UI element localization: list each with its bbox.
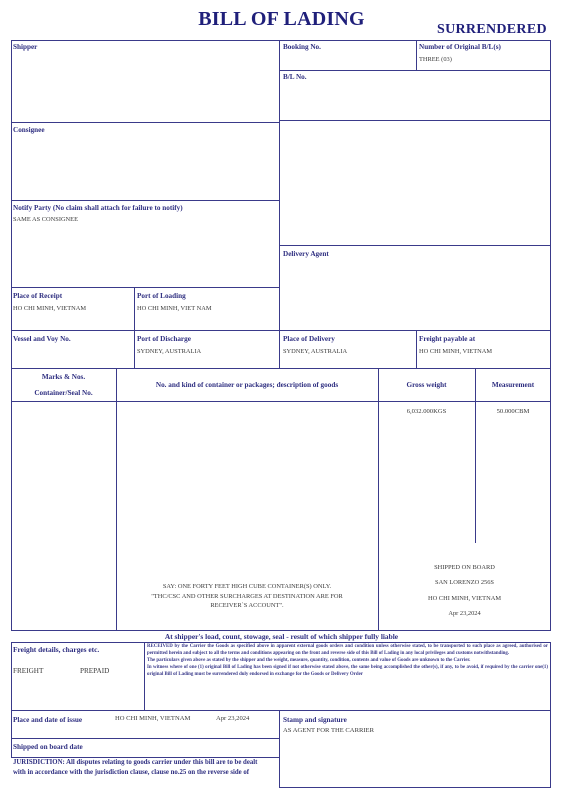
notify-party-value[interactable]: SAME AS CONSIGNEE [13,216,78,223]
measurement-header: Measurement [475,381,551,389]
on-board-line: SAN LORENZO 256S [378,575,551,590]
freight-term-left: FREIGHT [13,667,43,675]
vessel-voy-label: Vessel and Voy No. [13,335,71,343]
original-bl-count-value[interactable]: THREE (03) [419,56,452,63]
goods-description[interactable]: SAY: ONE FORTY FEET HIGH CUBE CONTAINER(… [116,582,378,611]
shipped-on-board-notation: SHIPPED ON BOARD SAN LORENZO 256S HO CHI… [378,560,551,622]
shipper-liability-note: At shipper's load, count, stowage, seal … [0,632,563,641]
issue-place[interactable]: HO CHI MINH, VIETNAM [115,715,190,722]
place-of-receipt-value[interactable]: HO CHI MINH, VIETNAM [13,305,86,312]
booking-no-label: Booking No. [283,43,321,51]
description-line: "THC/CSC AND OTHER SURCHARGES AT DESTINA… [116,592,378,602]
terms-paragraph: RECEIVED by the Carrier the Goods as spe… [147,644,548,658]
terms-paragraph: In witness where of one (1) original Bil… [147,665,548,679]
consignee-label: Consignee [13,126,45,134]
terms-and-conditions: RECEIVED by the Carrier the Goods as spe… [147,644,548,679]
issue-date[interactable]: Apr 23,2024 [216,715,249,722]
stamp-signature-value: AS AGENT FOR THE CARRIER [283,727,374,734]
issue-label: Place and date of issue [13,716,82,724]
freight-details-label: Freight details, charges etc. [13,645,99,654]
freight-term-right[interactable]: PREPAID [80,667,109,675]
stamp-signature-label: Stamp and signature [283,716,347,724]
bl-no-label: B/L No. [283,73,307,81]
terms-paragraph: The particulars given above as stated by… [147,658,548,665]
description-line: RECEIVER`S ACCOUNT". [116,601,378,611]
gross-weight-value[interactable]: 6,032.000KGS [378,408,475,415]
marks-header-line2: Container/Seal No. [11,389,116,397]
on-board-line: Apr 23,2024 [378,606,551,621]
jurisdiction-clause: JURISDICTION: All disputes relating to g… [13,758,263,778]
description-header: No. and kind of container or packages; d… [116,381,378,389]
shipper-label: Shipper [13,43,37,51]
freight-payable-at-value[interactable]: HO CHI MINH, VIETNAM [419,348,492,355]
port-of-loading-label: Port of Loading [137,292,186,300]
on-board-line: HO CHI MINH, VIETNAM [378,591,551,606]
gross-weight-header: Gross weight [378,381,475,389]
freight-payable-at-label: Freight payable at [419,335,475,343]
port-of-loading-value[interactable]: HO CHI MINH, VIET NAM [137,305,212,312]
shipped-on-board-date-label: Shipped on board date [13,743,83,751]
place-of-delivery-label: Place of Delivery [283,335,335,343]
on-board-line: SHIPPED ON BOARD [378,560,551,575]
original-bl-count-label: Number of Original B/L(s) [419,43,501,51]
delivery-agent-label: Delivery Agent [283,250,329,258]
place-of-receipt-label: Place of Receipt [13,292,62,300]
notify-party-label: Notify Party (No claim shall attach for … [13,204,183,212]
place-of-delivery-value[interactable]: SYDNEY, AUSTRALIA [283,348,347,355]
surrendered-stamp: SURRENDERED [437,22,547,38]
marks-header-line1: Marks & Nos. [11,373,116,381]
port-of-discharge-value[interactable]: SYDNEY, AUSTRALIA [137,348,201,355]
measurement-value[interactable]: 50.000CBM [475,408,551,415]
port-of-discharge-label: Port of Discharge [137,335,191,343]
description-line: SAY: ONE FORTY FEET HIGH CUBE CONTAINER(… [116,582,378,592]
